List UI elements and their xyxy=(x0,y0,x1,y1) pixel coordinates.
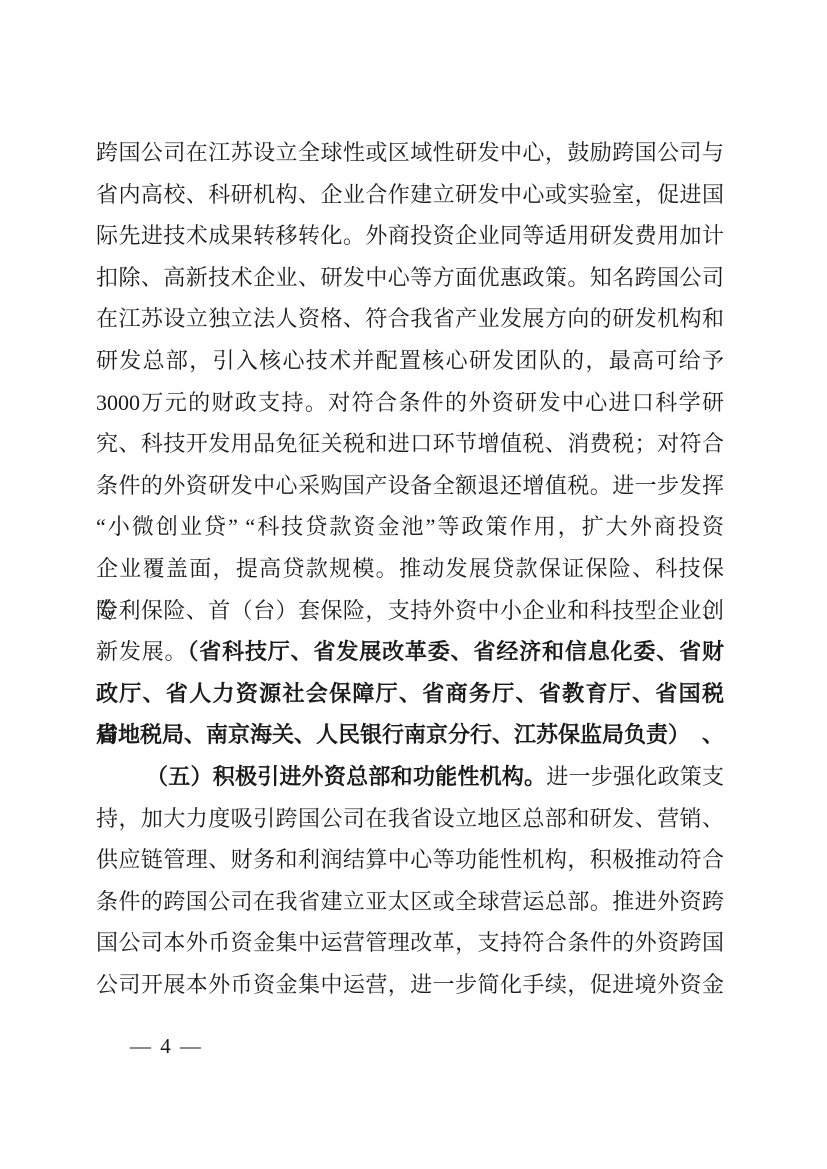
document-page: 跨国公司在江苏设立全球性或区域性研发中心，鼓励跨国公司与省内高校、科研机构、企业… xyxy=(0,0,827,1169)
text-line: 研发总部，引入核心技术并配置核心研发团队的，最高可给予 xyxy=(96,340,724,382)
text-line: 究、科技开发用品免征关税和进口环节增值税、消费税；对符合 xyxy=(96,423,724,465)
text-line: 在江苏设立独立法人资格、符合我省产业发展方向的研发机构和 xyxy=(96,298,724,340)
text-line: 新发展。（省科技厅、省发展改革委、省经济和信息化委、省财 xyxy=(96,631,724,673)
body-text: 公司开展本外币资金集中运营，进一步简化手续，促进境外资金 xyxy=(96,972,724,997)
text-line: 省内高校、科研机构、企业合作建立研发中心或实验室，促进国 xyxy=(96,174,724,216)
text-line: 3000万元的财政支持。对符合条件的外资研发中心进口科学研 xyxy=(96,382,724,424)
text-line: 国公司本外币资金集中运营管理改革，支持符合条件的外资跨国 xyxy=(96,922,724,964)
text-line: 省地税局、南京海关、人民银行南京分行、江苏保监局负责） xyxy=(96,714,724,756)
page-number: — 4 — xyxy=(130,1034,203,1058)
text-line: 际先进技术成果转移转化。外商投资企业同等适用研发费用加计 xyxy=(96,215,724,257)
body-text: 3000万元的财政支持。对符合条件的外资研发中心进口科学研 xyxy=(96,390,724,415)
emphasis-text: （五）积极引进外资总部和功能性机构。 xyxy=(146,764,546,789)
body-text: 研发总部，引入核心技术并配置核心研发团队的，最高可给予 xyxy=(96,348,724,373)
body-text: 条件的外资研发中心采购国产设备全额退还增值税。进一步发挥 xyxy=(96,473,724,498)
emphasis-text: 省地税局、南京海关、人民银行南京分行、江苏保监局负责） xyxy=(96,722,690,747)
body-text: 条件的跨国公司在我省建立亚太区或全球营运总部。推进外资跨 xyxy=(96,889,724,914)
text-line: 企业覆盖面，提高贷款规模。推动发展贷款保证保险、科技保险、 xyxy=(96,548,724,590)
body-text: “小微创业贷” “科技贷款资金池”等政策作用，扩大外商投资 xyxy=(96,514,724,539)
text-line: 跨国公司在江苏设立全球性或区域性研发中心，鼓励跨国公司与 xyxy=(96,132,724,174)
text-line: 政厅、省人力资源社会保障厅、省商务厅、省教育厅、省国税局、 xyxy=(96,673,724,715)
text-line: 供应链管理、财务和利润结算中心等功能性机构，积极推动符合 xyxy=(96,839,724,881)
document-body: 跨国公司在江苏设立全球性或区域性研发中心，鼓励跨国公司与省内高校、科研机构、企业… xyxy=(96,132,724,1005)
body-text: 在江苏设立独立法人资格、符合我省产业发展方向的研发机构和 xyxy=(96,306,724,331)
body-text: 持，加大力度吸引跨国公司在我省设立地区总部和研发、营销、 xyxy=(96,806,724,831)
emphasis-text: （省科技厅、省发展改革委、省经济和信息化委、省财 xyxy=(187,639,724,664)
text-line: 专利保险、首（台）套保险，支持外资中小企业和科技型企业创 xyxy=(96,590,724,632)
text-line: 条件的跨国公司在我省建立亚太区或全球营运总部。推进外资跨 xyxy=(96,881,724,923)
body-text: 究、科技开发用品免征关税和进口环节增值税、消费税；对符合 xyxy=(96,431,724,456)
body-text: 跨国公司在江苏设立全球性或区域性研发中心，鼓励跨国公司与 xyxy=(96,140,724,165)
text-line: “小微创业贷” “科技贷款资金池”等政策作用，扩大外商投资 xyxy=(96,506,724,548)
text-line: 持，加大力度吸引跨国公司在我省设立地区总部和研发、营销、 xyxy=(96,798,724,840)
body-text: 进一步强化政策支 xyxy=(546,764,724,789)
body-text: 新发展。 xyxy=(96,639,187,664)
body-text: 扣除、高新技术企业、研发中心等方面优惠政策。知名跨国公司 xyxy=(96,265,724,290)
body-text: 际先进技术成果转移转化。外商投资企业同等适用研发费用加计 xyxy=(96,223,724,248)
text-line: 扣除、高新技术企业、研发中心等方面优惠政策。知名跨国公司 xyxy=(96,257,724,299)
body-text: 省内高校、科研机构、企业合作建立研发中心或实验室，促进国 xyxy=(96,182,724,207)
body-text: 专利保险、首（台）套保险，支持外资中小企业和科技型企业创 xyxy=(96,598,724,623)
page-footer: — 4 — xyxy=(130,1033,203,1059)
text-line: 条件的外资研发中心采购国产设备全额退还增值税。进一步发挥 xyxy=(96,465,724,507)
text-line: 公司开展本外币资金集中运营，进一步简化手续，促进境外资金 xyxy=(96,964,724,1006)
body-text: 国公司本外币资金集中运营管理改革，支持符合条件的外资跨国 xyxy=(96,930,724,955)
body-text: 供应链管理、财务和利润结算中心等功能性机构，积极推动符合 xyxy=(96,847,724,872)
text-line: （五）积极引进外资总部和功能性机构。进一步强化政策支 xyxy=(96,756,724,798)
